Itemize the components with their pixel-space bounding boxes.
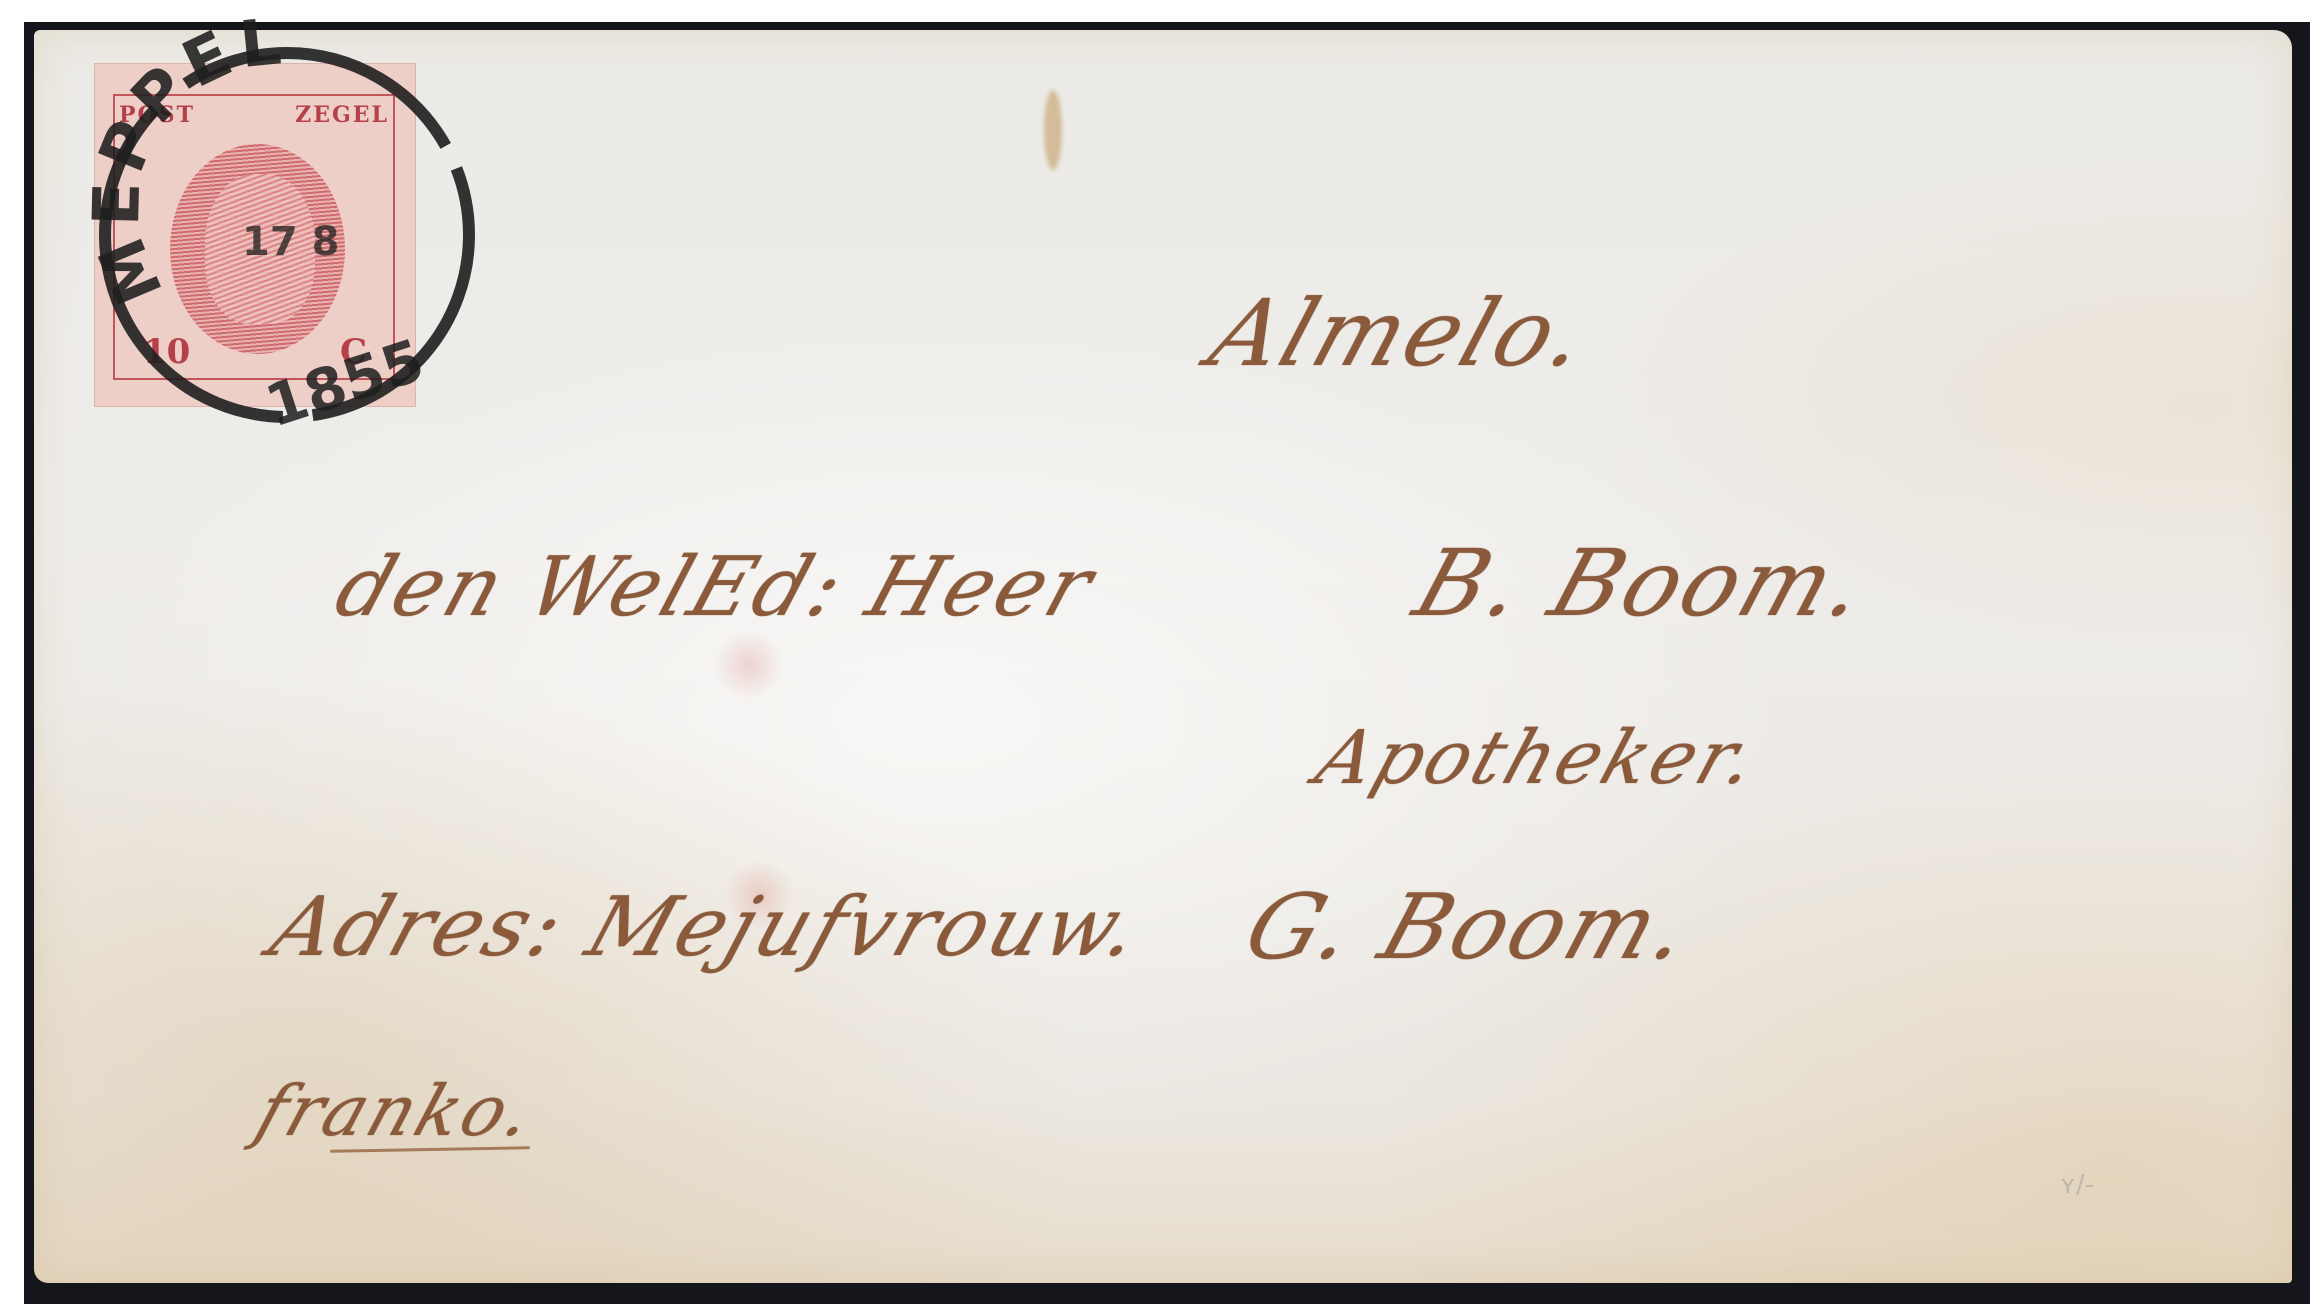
- ink-stain: [1044, 90, 1062, 170]
- postmark-town: MEPPEL: [80, 5, 290, 315]
- address-city: Almelo.: [1198, 280, 1604, 387]
- address-care-of: Adres: Mejufvrouw.: [260, 880, 1155, 975]
- address-occupation: Apotheker.: [1306, 715, 1770, 801]
- postmark-year: 1855: [258, 326, 433, 441]
- red-speck: [714, 630, 784, 700]
- postmark-ring-icon: MEPPEL 17 8 1855: [92, 40, 482, 430]
- address-recipient: B. Boom.: [1403, 530, 1883, 637]
- address-care-of-name: G. Boom.: [1233, 875, 1705, 980]
- svg-text:MEPPEL: MEPPEL: [80, 5, 290, 315]
- pencil-note: ʏ/-: [2060, 1170, 2094, 1200]
- franking-note: franko.: [247, 1070, 546, 1152]
- postmark-date: 17 8: [242, 219, 339, 265]
- address-salutation: den WelEd: Heer: [325, 540, 1107, 635]
- postmark-cancel: MEPPEL 17 8 1855: [92, 40, 482, 430]
